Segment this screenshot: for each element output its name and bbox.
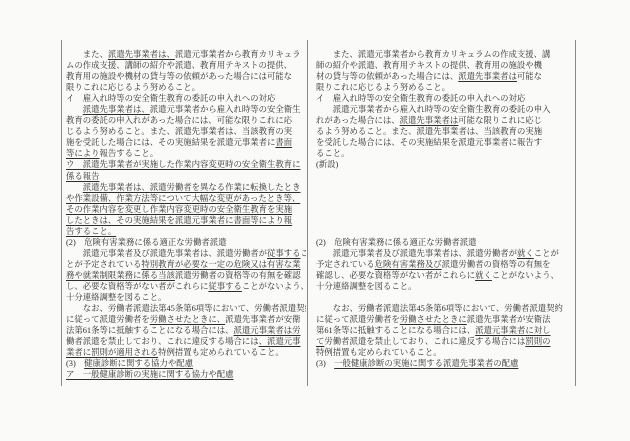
- text-segment: こ: [301, 249, 307, 258]
- text-line: 限りこれに応じるよう努めること。: [66, 82, 306, 93]
- text-segment: 派遣元事業者から雇入れ時等の安全衛生: [150, 105, 301, 114]
- underlined-text-segment: 派遣先事業者は、派遣労働者を異なる作業に転換したとき: [83, 183, 301, 192]
- text-line: ること。: [316, 148, 574, 159]
- text-segment: 確認し、必要な資格等がない者がこれらに: [316, 271, 475, 280]
- text-segment: 働者派遣を禁止しており、これに違反する場合には: [66, 337, 259, 346]
- text-line: 係る報告: [66, 171, 306, 182]
- text-segment: 労働者派遣を禁止しており、これに違反する場合には: [324, 337, 525, 346]
- text-line: (2) 危険有害業務に係る適正な労働者派遣: [66, 237, 306, 248]
- right-current-text-column: また、派遣元事業者から教育カリキュラムの作成支援、講師の紹介や派遣、教育用テキス…: [316, 49, 574, 369]
- text-line: 働者派遣を禁止しており、これに違反する場合には、派遣元事: [66, 336, 306, 347]
- text-segment: 第61条等に抵触することになる場合には、: [316, 326, 475, 335]
- text-line: (3) 健康診断に関する協力や配慮: [66, 358, 306, 369]
- text-segment: また、: [66, 50, 108, 59]
- text-segment: (2) 危険有害業務に係る適正な労働者派遣: [316, 238, 477, 247]
- underlined-text-segment: 務や就業制限業務に係る当該: [66, 271, 175, 280]
- underlined-text-segment: 従事する: [267, 249, 301, 258]
- text-segment: とが予定されている: [66, 260, 141, 269]
- text-line: 教育の委託の申入れがあった場合には、可能な限りこれに応: [66, 115, 306, 126]
- text-segment: に従って派遣労働者を: [66, 315, 150, 324]
- text-line: また、派遣先事業者は、派遣元事業者から教育カリキュラ: [66, 49, 306, 60]
- text-segment: 派遣労働者の資格等の有無を: [442, 260, 551, 269]
- underlined-text-segment: 罰則の: [525, 337, 550, 346]
- text-line: を受託した場合には、その実施結果を派遣元事業者に報告す: [316, 137, 574, 148]
- text-line: 施を受託した場合には、その実施結果を派遣元事業者に書面: [66, 137, 306, 148]
- text-segment: 派遣労働者の資格等の有無を確認: [175, 271, 301, 280]
- text-line: [316, 193, 574, 204]
- underlined-text-segment: ウ 派遣先事業者が実施した作業内容変更時の安全衛生教育に: [66, 160, 301, 169]
- text-segment: 可能な限りこれに応じ: [458, 116, 542, 125]
- text-line: 特例措置も定められていること。: [316, 347, 574, 358]
- underlined-text-segment: 等により: [66, 149, 100, 158]
- text-segment: 十分連絡調整を図ること。: [316, 282, 417, 291]
- text-line: また、派遣元事業者から教育カリキュラムの作成支援、講: [316, 49, 574, 60]
- underlined-text-segment: 派遣元事業者は労: [234, 326, 301, 335]
- text-segment: なお、労働者派遣法第45条第6項等において、労働者派遣契約: [66, 304, 306, 313]
- underlined-text-segment: 告すること。: [66, 227, 116, 236]
- text-segment: 派遣元事業者及び派遣先事業者は、派遣労働者が: [316, 249, 517, 258]
- text-segment: 特例措置も定められていること。: [158, 348, 284, 357]
- text-segment: 派遣元事業者及び派遣先事業者は、派遣労働者が: [66, 249, 267, 258]
- text-segment: 師の紹介や派遣、教育用テキストの提供、教育用の施設や機: [316, 61, 542, 70]
- text-segment: 予定されている: [316, 260, 375, 269]
- text-segment: [66, 105, 83, 114]
- table-left-border: [61, 40, 62, 386]
- text-segment: 派遣元事業者から雇入れ時等の安全衛生教育の委託の申入: [316, 105, 551, 114]
- text-segment: 報告すること。: [100, 149, 159, 158]
- text-line: [316, 182, 574, 193]
- text-line: 業者に罰則が適用される特例措置も定められていること。: [66, 347, 306, 358]
- text-segment: 特例措置も定められていること。: [316, 348, 442, 357]
- text-line: イ 雇入れ時等の安全衛生教育の委託の申入れへの対応: [66, 93, 306, 104]
- underlined-text-segment: 危険有害業務及び: [375, 260, 442, 269]
- text-line: 等により報告すること。: [66, 148, 306, 159]
- text-line: 務や就業制限業務に係る当該派遣労働者の資格等の有無を確認: [66, 270, 306, 281]
- text-line: に従って派遣労働者を労働させたときに、派遣先事業者が安衛: [66, 314, 306, 325]
- underlined-text-segment: 一般健康診断の実施に関する派遣先事業者の配慮: [334, 359, 518, 368]
- underlined-text-segment: 労働させたときに、: [150, 315, 225, 324]
- text-line: ア 一般健康診断の実施に関する協力や配慮: [66, 369, 306, 380]
- text-line: 派遣元事業者から雇入れ時等の安全衛生教育の委託の申入: [316, 104, 574, 115]
- text-segment: に従って派遣労働者を: [316, 315, 400, 324]
- text-line: (新設): [316, 159, 574, 170]
- text-line: 予定されている危険有害業務及び派遣労働者の資格等の有無を: [316, 259, 574, 270]
- underlined-text-segment: 派遣先事業者は: [400, 116, 459, 125]
- text-segment: 材の貸与等の依頼があった場合には、: [316, 72, 458, 81]
- text-line: [316, 292, 574, 303]
- text-line: ムの作成支援、講師の紹介や派遣、教育用テキストの提供、: [66, 60, 306, 71]
- text-line: るよう努めること。また、派遣先事業者は、当該教育の実施: [316, 126, 574, 137]
- underlined-text-segment: 書面: [275, 138, 292, 147]
- text-segment: イ 雇入れ時等の安全衛生教育の委託の申入れへの対応: [66, 94, 275, 103]
- underlined-text-segment: 就く: [517, 249, 534, 258]
- text-line: し、必要な資格等がない者がこれらに従事することがないよう、: [66, 281, 306, 292]
- text-segment: (3): [316, 359, 334, 368]
- text-segment: (2) 危険有害業務に係る適正な労働者派遣: [66, 238, 227, 247]
- text-segment: また、派遣元事業者から教育カリキュラムの作成支援、講: [316, 50, 550, 59]
- left-amended-text-column: また、派遣先事業者は、派遣元事業者から教育カリキュラムの作成支援、講師の紹介や派…: [66, 49, 306, 380]
- text-segment: (3): [66, 359, 84, 368]
- text-segment: [66, 183, 83, 192]
- text-segment: 派遣先事業者が安衛法: [467, 315, 551, 324]
- text-line: [316, 204, 574, 215]
- text-line: 派遣先事業者は、派遣労働者を異なる作業に転換したとき: [66, 182, 306, 193]
- underlined-text-segment: 、派遣元事: [259, 337, 301, 346]
- text-line: 師の紹介や派遣、教育用テキストの提供、教育用の施設や機: [316, 60, 574, 71]
- text-segment: ことがないよう、: [242, 282, 306, 291]
- text-segment: なお、労働者派遣法第45条第6項等において、労働者派遣契約: [316, 304, 563, 313]
- text-segment: ること。: [316, 149, 350, 158]
- underlined-text-segment: 労働させたときに: [400, 315, 467, 324]
- text-line: 法第61条等に抵触することになる場合には、派遣元事業者は労: [66, 325, 306, 336]
- text-line: 告すること。: [66, 226, 306, 237]
- text-line: 確認し、必要な資格等がない者がこれらに就くことがないよう、: [316, 270, 574, 281]
- underlined-text-segment: 係る報告: [66, 172, 100, 181]
- text-line: [316, 215, 574, 226]
- text-line: 限りこれに応じるよう努めること。: [316, 82, 574, 93]
- underlined-text-segment: 派遣先事業者は、: [83, 105, 150, 114]
- underlined-text-segment: 従事する: [208, 282, 242, 291]
- text-segment: ムの作成支援、講師の紹介や派遣、教育用テキストの提供、: [66, 61, 292, 70]
- text-segment: (新設): [316, 160, 338, 169]
- underlined-text-segment: 特別教育が必要な一定の危険又は有害な業: [141, 260, 300, 269]
- text-line: 派遣先事業者は、派遣元事業者から雇入れ時等の安全衛生: [66, 104, 306, 115]
- text-line: その作業内容を変更し作業内容変更時の安全衛生教育を実施: [66, 204, 306, 215]
- text-segment: じるよう努めること。また、派遣先事業者は、当該教育の実: [66, 127, 292, 136]
- text-line: (2) 危険有害業務に係る適正な労働者派遣: [316, 237, 574, 248]
- text-segment: ことが: [534, 249, 559, 258]
- text-line: れがあった場合には、派遣先事業者は可能な限りこれに応じ: [316, 115, 574, 126]
- text-segment: を受託した場合には、その実施結果を派遣元事業者に報告す: [316, 138, 542, 147]
- text-line: 材の貸与等の依頼があった場合には、派遣先事業者は可能な: [316, 71, 574, 82]
- underlined-text-segment: したときは、その実施結果を派遣元事業者に書面等により報: [66, 216, 292, 225]
- document-page: また、派遣先事業者は、派遣元事業者から教育カリキュラムの作成支援、講師の紹介や派…: [0, 0, 630, 441]
- text-segment: 派遣元事業者から教育カリキュラ: [175, 50, 301, 59]
- text-segment: 可能な: [517, 72, 542, 81]
- text-line: ウ 派遣先事業者が実施した作業内容変更時の安全衛生教育に: [66, 159, 306, 170]
- underlined-text-segment: 派遣元事業者に対し: [475, 326, 550, 335]
- underlined-text-segment: ア 一般健康診断の実施に関する協力や配慮: [66, 370, 234, 379]
- text-line: 教育用の施設や機材の貸与等の依頼があった場合には可能な: [66, 71, 306, 82]
- text-line: 第61条等に抵触することになる場合には、派遣元事業者に対し: [316, 325, 574, 336]
- text-line: 派遣元事業者及び派遣先事業者は、派遣労働者が従事するこ: [66, 248, 306, 259]
- text-line: (3) 一般健康診断の実施に関する派遣先事業者の配慮: [316, 358, 574, 369]
- text-line: [316, 171, 574, 182]
- text-line: なお、労働者派遣法第45条第6項等において、労働者派遣契約: [316, 303, 574, 314]
- text-segment: 派遣先事業者が安衛: [225, 315, 300, 324]
- underlined-text-segment: や作業設備、作業方法等について大幅な変更があったとき等、: [66, 194, 300, 203]
- text-segment: るよう努めること。また、派遣先事業者は、当該教育の実施: [316, 127, 542, 136]
- underlined-text-segment: 業者に罰則が適用される: [66, 348, 158, 357]
- text-line: じるよう努めること。また、派遣先事業者は、当該教育の実: [66, 126, 306, 137]
- text-segment: イ 雇入れ時等の安全衛生教育の委託の申入れへの対応: [316, 94, 525, 103]
- text-line: とが予定されている特別教育が必要な一定の危険又は有害な業: [66, 259, 306, 270]
- underlined-text-segment: その作業内容を変更し作業内容変更時の安全衛生教育を実施: [66, 205, 292, 214]
- text-segment: 教育の委託の申入れがあった場合には、可能な限りこれに応: [66, 116, 292, 125]
- table-right-border: [575, 40, 576, 386]
- text-line: [316, 226, 574, 237]
- underlined-text-segment: 就く: [475, 271, 492, 280]
- underlined-text-segment: 派遣先事業者は、: [108, 50, 175, 59]
- text-line: なお、労働者派遣法第45条第6項等において、労働者派遣契約: [66, 303, 306, 314]
- text-line: したときは、その実施結果を派遣元事業者に書面等により報: [66, 215, 306, 226]
- text-line: て労働者派遣を禁止しており、これに違反する場合には罰則の: [316, 336, 574, 347]
- text-line: 派遣元事業者及び派遣先事業者は、派遣労働者が就くことが: [316, 248, 574, 259]
- text-segment: 限りこれに応じるよう努めること。: [316, 83, 450, 92]
- text-segment: 教育用の施設や機材の貸与等の依頼があった場合には可能な: [66, 72, 292, 81]
- text-line: や作業設備、作業方法等について大幅な変更があったとき等、: [66, 193, 306, 204]
- text-line: イ 雇入れ時等の安全衛生教育の委託の申入れへの対応: [316, 93, 574, 104]
- text-segment: し、必要な資格等がない者がこれらに: [66, 282, 208, 291]
- text-segment: 施を受託した場合には、その実施結果を派遣元事業者に: [66, 138, 275, 147]
- text-segment: れがあった場合には、: [316, 116, 400, 125]
- text-line: 十分連絡調整を図ること。: [316, 281, 574, 292]
- text-line: に従って派遣労働者を労働させたときに派遣先事業者が安衛法: [316, 314, 574, 325]
- underlined-text-segment: 健康診断に関する協力や配慮: [84, 359, 193, 368]
- text-segment: ことがないよう、: [492, 271, 559, 280]
- text-line: 十分連絡調整を図ること。: [66, 292, 306, 303]
- text-segment: 十分連絡調整を図ること。: [66, 293, 167, 302]
- text-segment: 法第61条等に抵触することになる場合には、: [66, 326, 234, 335]
- underlined-text-segment: 派遣先事業者は: [458, 72, 517, 81]
- text-segment: 限りこれに応じるよう努めること。: [66, 83, 200, 92]
- table-column-divider: [307, 40, 308, 386]
